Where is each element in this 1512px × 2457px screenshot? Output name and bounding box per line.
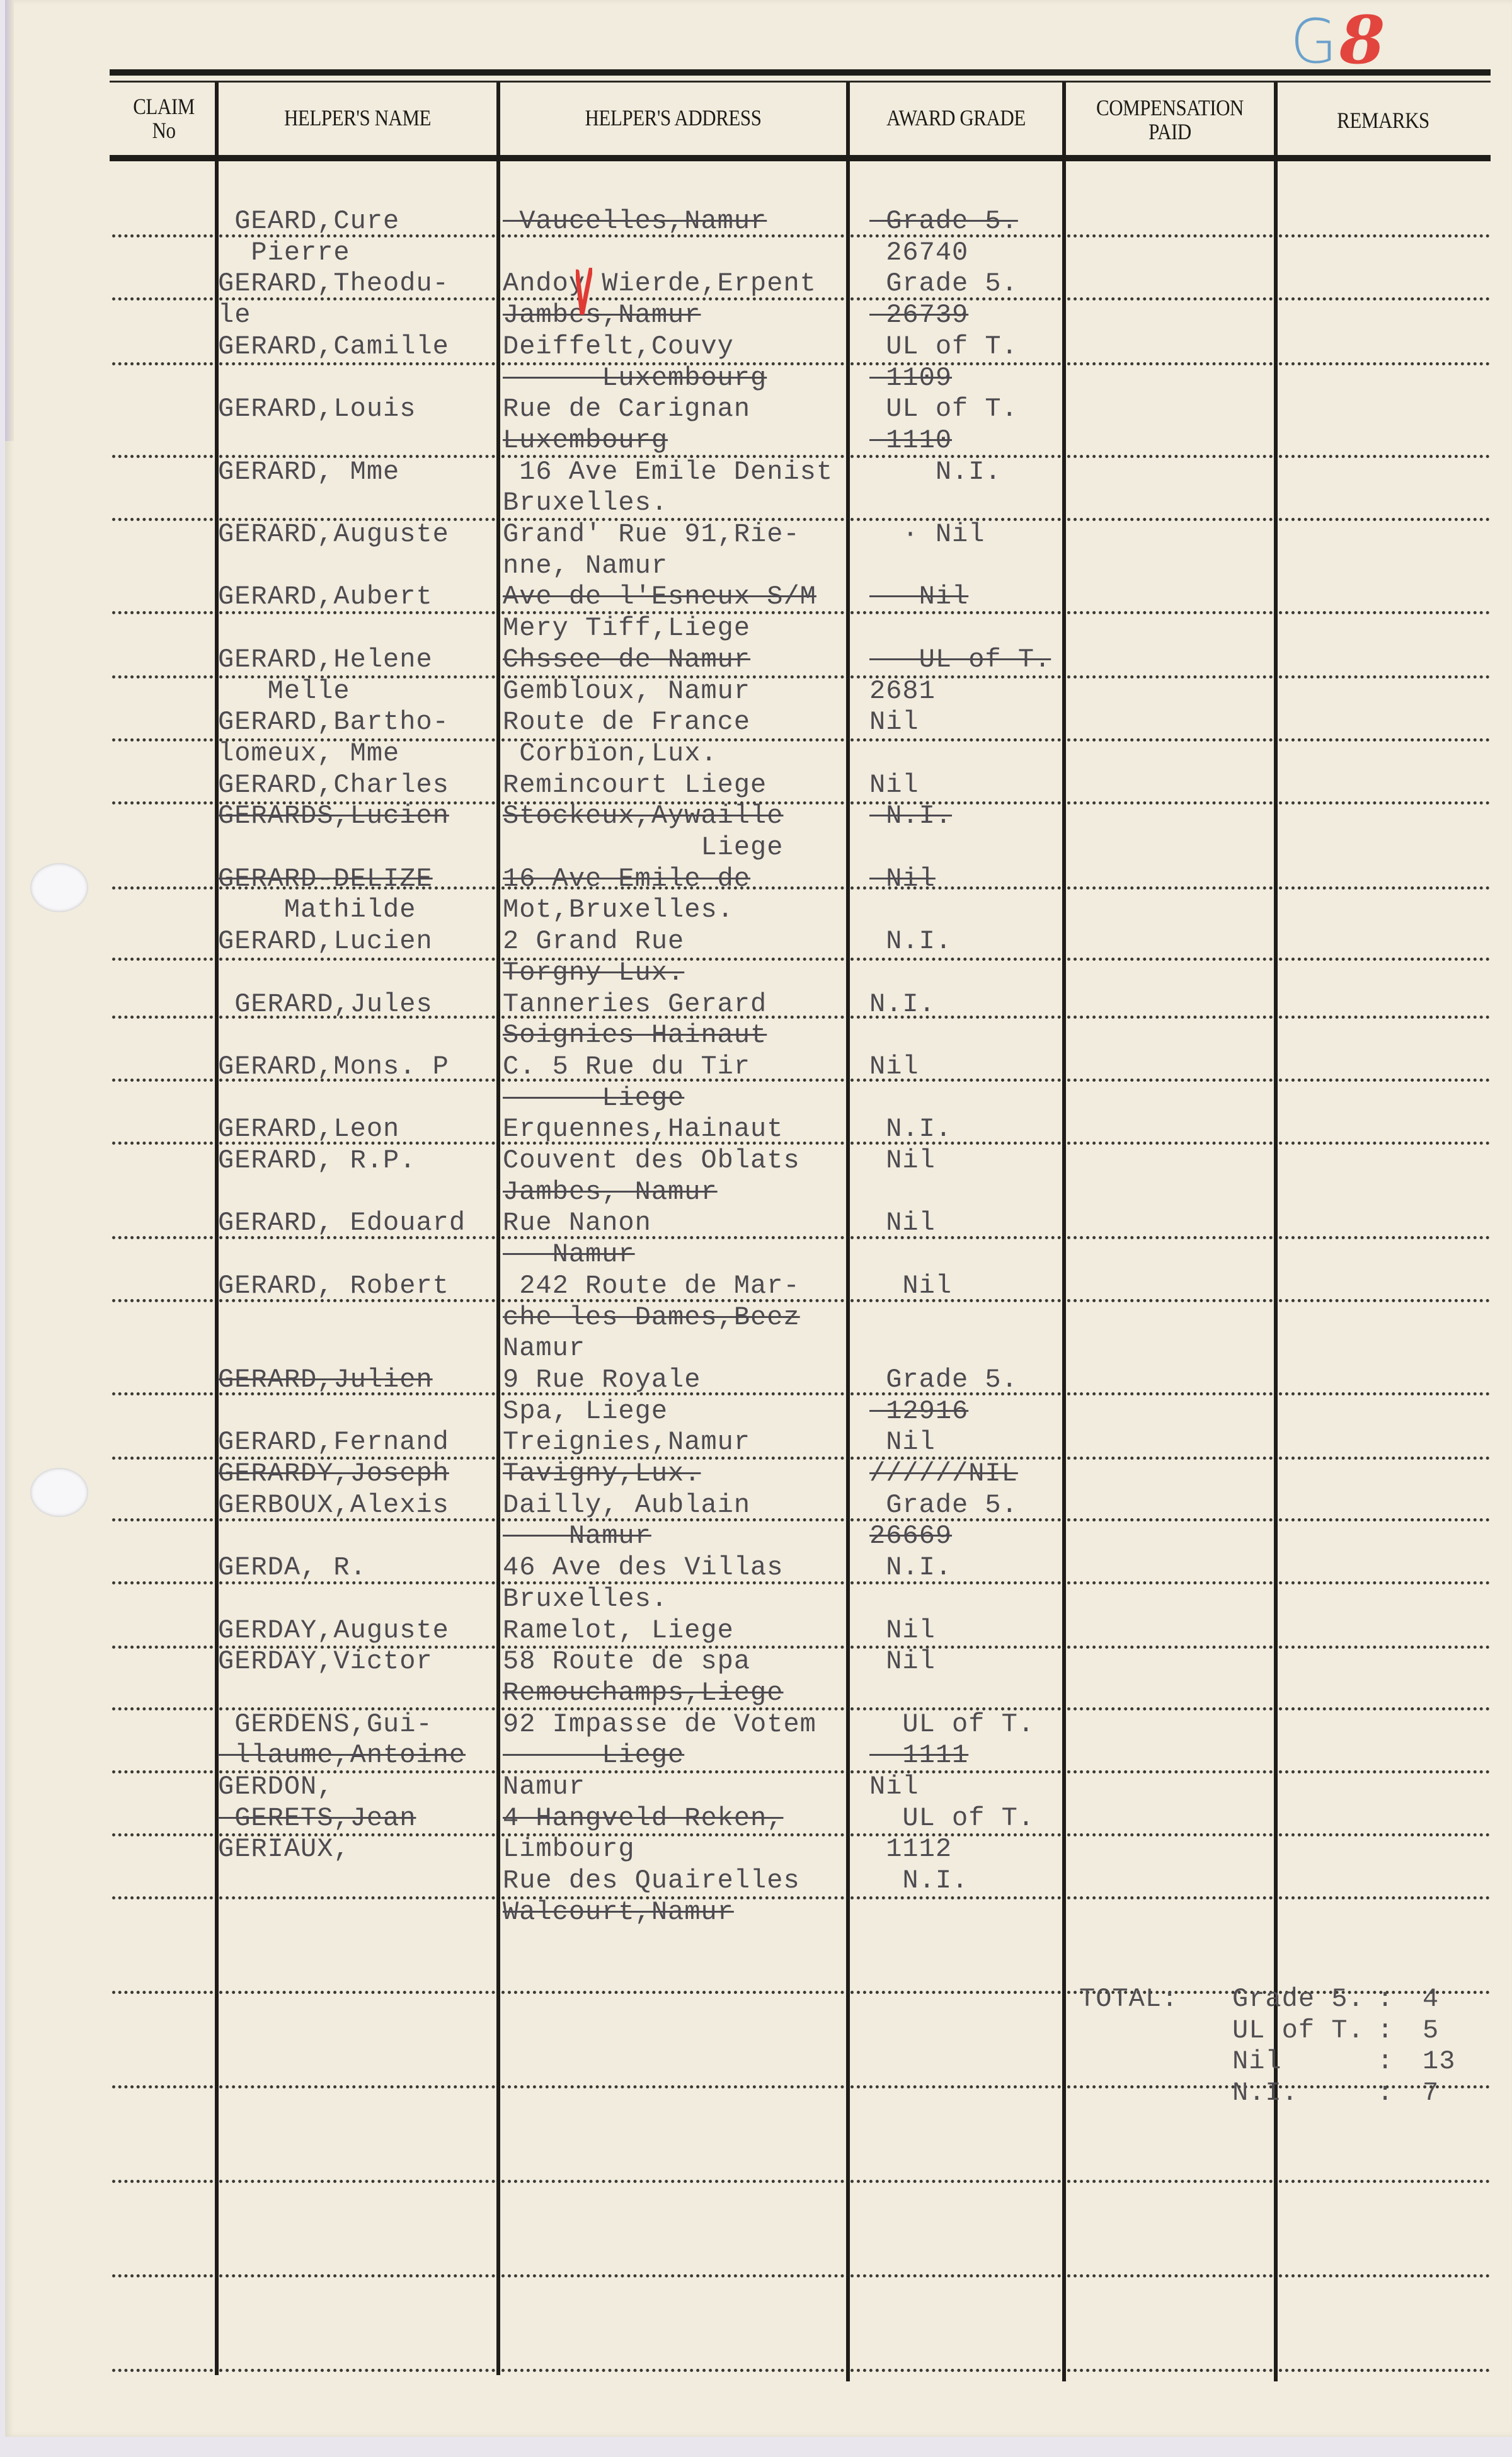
- ruled-row-line: [112, 1457, 213, 1460]
- ruled-row-line: [1279, 455, 1489, 458]
- award-entry: Nil: [869, 1146, 936, 1175]
- ruled-row-line: [112, 1991, 213, 1994]
- award-entry: 1111: [869, 1741, 968, 1770]
- ruled-row-line: [112, 518, 213, 521]
- ruled-row-line: [1279, 1392, 1489, 1395]
- ruled-row-line: [1067, 297, 1273, 301]
- name-entry: GERARD, Edouard: [218, 1208, 466, 1237]
- ruled-row-line: [112, 2180, 213, 2183]
- punch-hole-upper: [30, 863, 88, 912]
- name-entry: GERARD,Theodu-: [218, 269, 449, 298]
- name-entry: GERARD,Mons. P: [218, 1052, 449, 1081]
- header-compensation-paid: COMPENSATION PAID: [1079, 96, 1261, 144]
- name-entry: GERARD,Lucien: [218, 927, 433, 956]
- addresse-entry: 2 Grand Rue: [503, 927, 684, 956]
- addresse-entry: Luxembourg: [503, 364, 767, 392]
- ruled-row-line: [112, 1518, 213, 1521]
- ruled-row-line: [850, 2180, 1061, 2183]
- name-entry: llaume,Antoine: [218, 1741, 466, 1770]
- ruled-row-line: [1279, 1581, 1489, 1584]
- addresse-entry: Mot,Bruxelles.: [503, 895, 734, 924]
- award-entry: N.I.: [869, 1866, 968, 1895]
- name-entry: GERARD, Mme: [218, 457, 399, 486]
- ruled-row-line: [1067, 675, 1273, 679]
- addresse-entry: Grand' Rue 91,Rie-: [503, 520, 800, 549]
- name-entry: GERARDY,Joseph: [218, 1459, 449, 1488]
- name-entry: le: [218, 301, 251, 329]
- addresse-entry: Vaucelles,Namur: [503, 207, 767, 236]
- name-entry: GERARD,Julien: [218, 1365, 433, 1394]
- totals-row-value: 4: [1423, 1984, 1439, 2013]
- ruled-row-line: [112, 362, 213, 365]
- claims-ledger-page: G 8 CLAIM No HELPER'S NAME HELPER'S ADDR…: [5, 0, 1512, 2437]
- award-entry: N.I.: [869, 801, 952, 830]
- ruled-row-line: [1279, 362, 1489, 365]
- addresse-entry: Luxembourg: [503, 426, 668, 455]
- award-entry: Nil: [869, 864, 936, 893]
- ruled-row-line: [1067, 518, 1273, 521]
- addresse-entry: Route de France: [503, 707, 750, 736]
- ruled-row-line: [1067, 1142, 1273, 1145]
- name-entry: GERARD, Robert: [218, 1271, 449, 1300]
- ruled-row-line: [1067, 1236, 1273, 1239]
- ruled-row-line: [112, 2369, 213, 2372]
- ruled-row-line: [1067, 738, 1273, 742]
- ruled-row-line: [219, 1991, 495, 1994]
- name-entry: GERIAUX,: [218, 1835, 350, 1864]
- addresse-entry: Remouchamps,Liege: [503, 1678, 783, 1707]
- addresse-entry: 92 Impasse de Votem: [503, 1710, 816, 1739]
- award-entry: UL of T.: [869, 1710, 1034, 1739]
- ruled-row-line: [1067, 1770, 1273, 1773]
- name-entry: GERARD,Fernand: [218, 1428, 449, 1457]
- ruled-row-line: [1067, 611, 1273, 614]
- page-edge: [5, 0, 14, 441]
- award-entry: Nil: [869, 1208, 936, 1237]
- totals-row-separator: :: [1377, 2016, 1394, 2045]
- award-entry: Nil: [869, 1428, 936, 1457]
- award-entry: · Nil: [869, 520, 985, 549]
- name-entry: GERETS,Jean: [218, 1804, 416, 1833]
- award-entry: Nil: [869, 1647, 936, 1676]
- ruled-row-line: [1279, 675, 1489, 679]
- award-entry: 26740: [869, 238, 968, 267]
- ruled-row-line: [1067, 234, 1273, 238]
- name-entry: GERDAY,Victor: [218, 1647, 433, 1676]
- ruled-row-line: [1279, 297, 1489, 301]
- addresse-entry: Mery Tiff,Liege: [503, 614, 750, 643]
- ruled-row-line: [501, 2369, 844, 2372]
- totals-row-label: Grade 5.: [1232, 1984, 1365, 2013]
- name-entry: GERARD,Bartho-: [218, 707, 449, 736]
- ruled-row-line: [1067, 886, 1273, 890]
- ruled-row-line: [1067, 801, 1273, 805]
- addresse-entry: Jambes, Namur: [503, 1177, 718, 1206]
- ruled-row-line: [1279, 611, 1489, 614]
- name-entry: GERARD,Helene: [218, 645, 433, 674]
- name-entry: Pierre: [218, 238, 350, 267]
- addresse-entry: Walcourt,Namur: [503, 1898, 734, 1927]
- award-entry: 26739: [869, 301, 968, 329]
- header-top-rule: [110, 69, 1491, 76]
- header-helpers-name: HELPER'S NAME: [236, 106, 478, 130]
- ruled-row-line: [112, 2274, 213, 2277]
- ruled-row-line: [1067, 2180, 1273, 2183]
- award-entry: 2681: [869, 677, 936, 706]
- ruled-row-line: [112, 1142, 213, 1145]
- ruled-row-line: [1067, 1646, 1273, 1649]
- totals-row-label: UL of T.: [1232, 2016, 1365, 2045]
- name-entry: GERDENS,Gui-: [218, 1710, 433, 1739]
- ruled-row-line: [1279, 1016, 1489, 1019]
- ruled-row-line: [112, 234, 213, 238]
- award-entry: Grade 5.: [869, 207, 1018, 236]
- name-entry: GERDAY,Auguste: [218, 1616, 449, 1645]
- red-check-mark-icon: [576, 268, 592, 318]
- ruled-row-line: [112, 1833, 213, 1836]
- addresse-entry: Liege: [503, 1084, 684, 1113]
- award-entry: Nil: [869, 1772, 919, 1801]
- ruled-row-line: [1279, 1518, 1489, 1521]
- award-entry: N.I.: [869, 1114, 952, 1143]
- ruled-row-line: [1279, 234, 1489, 238]
- ruled-row-line: [1279, 518, 1489, 521]
- ruled-row-line: [112, 1236, 213, 1239]
- name-entry: GERARD-DELIZE: [218, 864, 433, 893]
- award-entry: 1112: [869, 1835, 952, 1864]
- award-entry: 12916: [869, 1397, 968, 1426]
- ruled-row-line: [1067, 2274, 1273, 2277]
- ruled-row-line: [1279, 2369, 1489, 2372]
- ruled-row-line: [1067, 1581, 1273, 1584]
- addresse-entry: Rue de Carignan: [503, 394, 750, 423]
- addresse-entry: Couvent des Oblats: [503, 1146, 800, 1175]
- header-remarks: REMARKS: [1291, 108, 1475, 132]
- ruled-row-line: [1067, 1707, 1273, 1710]
- name-entry: GERDON,: [218, 1772, 333, 1801]
- ruled-row-line: [1279, 801, 1489, 805]
- ruled-row-line: [1067, 1016, 1273, 1019]
- name-entry: GERARD,Leon: [218, 1114, 399, 1143]
- addresse-entry: Andoy Wierde,Erpent: [503, 269, 816, 298]
- addresse-entry: Stockeux,Aywaille: [503, 801, 783, 830]
- ruled-row-line: [850, 2085, 1061, 2088]
- ruled-row-line: [112, 1646, 213, 1649]
- award-entry: N.I.: [869, 990, 936, 1019]
- ruled-row-line: [219, 958, 495, 961]
- ruled-row-line: [850, 958, 1061, 961]
- addresse-entry: Bruxelles.: [503, 1584, 668, 1613]
- totals-label: TOTAL:: [1079, 1984, 1178, 2013]
- addresse-entry: Chssee de Namur: [503, 645, 750, 674]
- addresse-entry: Ramelot, Liege: [503, 1616, 734, 1645]
- addresse-entry: 16 Ave Emile de: [503, 864, 750, 893]
- award-entry: UL of T.: [869, 394, 1018, 423]
- name-entry: lomeux, Mme: [218, 739, 399, 768]
- ruled-row-line: [1067, 1457, 1273, 1460]
- award-entry: UL of T.: [869, 645, 1051, 674]
- addresse-entry: nne, Namur: [503, 551, 668, 580]
- ruled-row-line: [1279, 1833, 1489, 1836]
- totals-row-separator: :: [1377, 2078, 1394, 2107]
- column-divider-3: [846, 82, 850, 2381]
- addresse-entry: Namur: [503, 1240, 635, 1269]
- handwritten-page-number: 8: [1339, 1, 1385, 79]
- ruled-row-line: [112, 1770, 213, 1773]
- award-entry: Nil: [869, 770, 919, 799]
- award-entry: N.I.: [869, 927, 952, 956]
- ruled-row-line: [112, 2085, 213, 2088]
- addresse-entry: Liege: [503, 1741, 684, 1770]
- ruled-row-line: [112, 1392, 213, 1395]
- award-entry: UL of T.: [869, 1804, 1034, 1833]
- name-entry: GERARD,Auguste: [218, 520, 449, 549]
- ruled-row-line: [112, 1079, 213, 1082]
- totals-row-value: 13: [1423, 2047, 1455, 2076]
- addresse-entry: 9 Rue Royale: [503, 1365, 701, 1394]
- handwritten-page-letter: G: [1290, 6, 1337, 77]
- name-entry: GERARD,Charles: [218, 770, 449, 799]
- addresse-entry: Tavigny,Lux.: [503, 1459, 701, 1488]
- award-entry: Nil: [869, 1616, 936, 1645]
- award-entry: Grade 5.: [869, 1365, 1018, 1394]
- column-divider-2: [496, 82, 500, 2375]
- name-entry: GERARD,Camille: [218, 332, 449, 361]
- ruled-row-line: [112, 455, 213, 458]
- header-bottom-rule: [110, 155, 1491, 161]
- addresse-entry: Namur: [503, 1334, 585, 1363]
- ruled-row-line: [112, 1581, 213, 1584]
- award-entry: Nil: [869, 1052, 919, 1081]
- addresse-entry: Gembloux, Namur: [503, 677, 750, 706]
- totals-row-value: 5: [1423, 2016, 1439, 2045]
- addresse-entry: Spa, Liege: [503, 1397, 668, 1426]
- ruled-row-line: [1279, 1770, 1489, 1773]
- addresse-entry: Namur: [503, 1521, 651, 1550]
- ruled-row-line: [1279, 2274, 1489, 2277]
- award-entry: 1109: [869, 364, 952, 392]
- ruled-row-line: [1279, 1896, 1489, 1899]
- totals-row-separator: :: [1377, 1984, 1394, 2013]
- award-entry: N.I.: [869, 1553, 952, 1582]
- addresse-entry: 46 Ave des Villas: [503, 1553, 783, 1582]
- addresse-entry: che les Dames,Beez: [503, 1303, 800, 1332]
- addresse-entry: Tanneries Gerard: [503, 990, 767, 1019]
- ruled-row-line: [1067, 1392, 1273, 1395]
- addresse-entry: Treignies,Namur: [503, 1428, 750, 1457]
- addresse-entry: C. 5 Rue du Tir: [503, 1052, 750, 1081]
- ruled-row-line: [1279, 738, 1489, 742]
- name-entry: GERARD,Jules: [218, 990, 433, 1019]
- ruled-row-line: [850, 1896, 1061, 1899]
- addresse-entry: Torgny Lux.: [503, 958, 684, 987]
- ruled-row-line: [1067, 455, 1273, 458]
- addresse-entry: Deiffelt,Couvy: [503, 332, 734, 361]
- name-entry: Mathilde: [218, 895, 416, 924]
- addresse-entry: Ave de l'Esneux S/M: [503, 582, 816, 611]
- ruled-row-line: [112, 1896, 213, 1899]
- name-entry: GEARD,Cure: [218, 207, 399, 236]
- award-entry: Nil: [869, 1271, 952, 1300]
- ruled-row-line: [219, 362, 495, 365]
- ruled-row-line: [1279, 1236, 1489, 1239]
- totals-row-value: 7: [1423, 2078, 1439, 2107]
- ruled-row-line: [501, 2085, 844, 2088]
- addresse-entry: Namur: [503, 1772, 585, 1801]
- ruled-row-line: [112, 611, 213, 614]
- ruled-row-line: [219, 2369, 495, 2372]
- addresse-entry: Corbion,Lux.: [503, 739, 718, 768]
- addresse-entry: Soignies Hainaut: [503, 1021, 767, 1050]
- addresse-entry: Rue Nanon: [503, 1208, 651, 1237]
- award-entry: 1110: [869, 426, 952, 455]
- ruled-row-line: [1279, 1707, 1489, 1710]
- addresse-entry: Remincourt Liege: [503, 770, 767, 799]
- ruled-row-line: [1067, 362, 1273, 365]
- punch-hole-lower: [30, 1468, 88, 1517]
- name-entry: GERDA, R.: [218, 1553, 367, 1582]
- ruled-row-line: [219, 2274, 495, 2277]
- name-entry: GERARD, R.P.: [218, 1146, 416, 1175]
- addresse-entry: Bruxelles.: [503, 488, 668, 517]
- ruled-row-line: [112, 958, 213, 961]
- totals-row-label: Nil: [1232, 2047, 1282, 2076]
- award-entry: Nil: [869, 707, 919, 736]
- column-divider-4: [1062, 82, 1066, 2381]
- ruled-row-line: [219, 2085, 495, 2088]
- ruled-row-line: [112, 738, 213, 742]
- ruled-row-line: [1067, 1833, 1273, 1836]
- addresse-entry: 242 Route de Mar-: [503, 1271, 800, 1300]
- header-claim-no: CLAIM No: [120, 94, 207, 142]
- ruled-row-line: [501, 2180, 844, 2183]
- ruled-row-line: [112, 1707, 213, 1710]
- ruled-row-line: [1067, 1518, 1273, 1521]
- name-entry: GERARD,Aubert: [218, 582, 433, 611]
- award-entry: Grade 5.: [869, 1491, 1018, 1520]
- ruled-row-line: [1067, 1079, 1273, 1082]
- award-entry: //////NIL: [869, 1459, 1018, 1488]
- award-entry: UL of T.: [869, 332, 1018, 361]
- ruled-row-line: [1279, 886, 1489, 890]
- ruled-row-line: [501, 2274, 844, 2277]
- ruled-row-line: [1067, 958, 1273, 961]
- addresse-entry: 4 Hangveld Reken,: [503, 1804, 783, 1833]
- name-entry: GERBOUX,Alexis: [218, 1491, 449, 1520]
- addresse-entry: Erquennes,Hainaut: [503, 1114, 783, 1143]
- addresse-entry: Jambes,Namur: [503, 301, 701, 329]
- ruled-row-line: [112, 886, 213, 890]
- award-entry: Nil: [869, 582, 968, 611]
- ruled-row-line: [1279, 1646, 1489, 1649]
- ruled-row-line: [1279, 958, 1489, 961]
- ruled-row-line: [112, 297, 213, 301]
- ruled-row-line: [1067, 1299, 1273, 1302]
- ruled-row-line: [219, 1896, 495, 1899]
- ruled-row-line: [1279, 2180, 1489, 2183]
- ruled-row-line: [219, 2180, 495, 2183]
- ruled-row-line: [850, 738, 1061, 742]
- addresse-entry: Dailly, Aublain: [503, 1491, 750, 1520]
- header-award-grade: AWARD GRADE: [863, 106, 1049, 130]
- totals-row-label: N.I.: [1232, 2078, 1298, 2107]
- ruled-row-line: [1067, 1896, 1273, 1899]
- addresse-entry: Liege: [503, 833, 783, 862]
- addresse-entry: Rue des Quairelles: [503, 1866, 800, 1895]
- ruled-row-line: [112, 801, 213, 805]
- addresse-entry: 16 Ave Emile Denist: [503, 457, 833, 486]
- ruled-row-line: [1279, 1299, 1489, 1302]
- award-entry: Grade 5.: [869, 269, 1018, 298]
- totals-row-separator: :: [1377, 2047, 1394, 2076]
- name-entry: GERARDS,Lucien: [218, 801, 449, 830]
- ruled-row-line: [1279, 1457, 1489, 1460]
- ruled-row-line: [112, 675, 213, 679]
- name-entry: GERARD,Louis: [218, 394, 416, 423]
- ruled-row-line: [1279, 1079, 1489, 1082]
- name-entry: Melle: [218, 677, 350, 706]
- header-top-thin-rule: [110, 81, 1491, 83]
- header-helpers-address: HELPER'S ADDRESS: [523, 106, 823, 130]
- award-entry: 26669: [869, 1521, 952, 1550]
- ruled-row-line: [850, 2369, 1061, 2372]
- ruled-row-line: [1279, 1142, 1489, 1145]
- ruled-row-line: [850, 1991, 1061, 1994]
- addresse-entry: 58 Route de spa: [503, 1647, 750, 1676]
- award-entry: N.I.: [869, 457, 1002, 486]
- ruled-row-line: [850, 2274, 1061, 2277]
- ruled-row-line: [1067, 2369, 1273, 2372]
- ruled-row-line: [112, 1016, 213, 1019]
- ruled-row-line: [501, 1991, 844, 1994]
- ruled-row-line: [112, 1299, 213, 1302]
- addresse-entry: Limbourg: [503, 1835, 635, 1864]
